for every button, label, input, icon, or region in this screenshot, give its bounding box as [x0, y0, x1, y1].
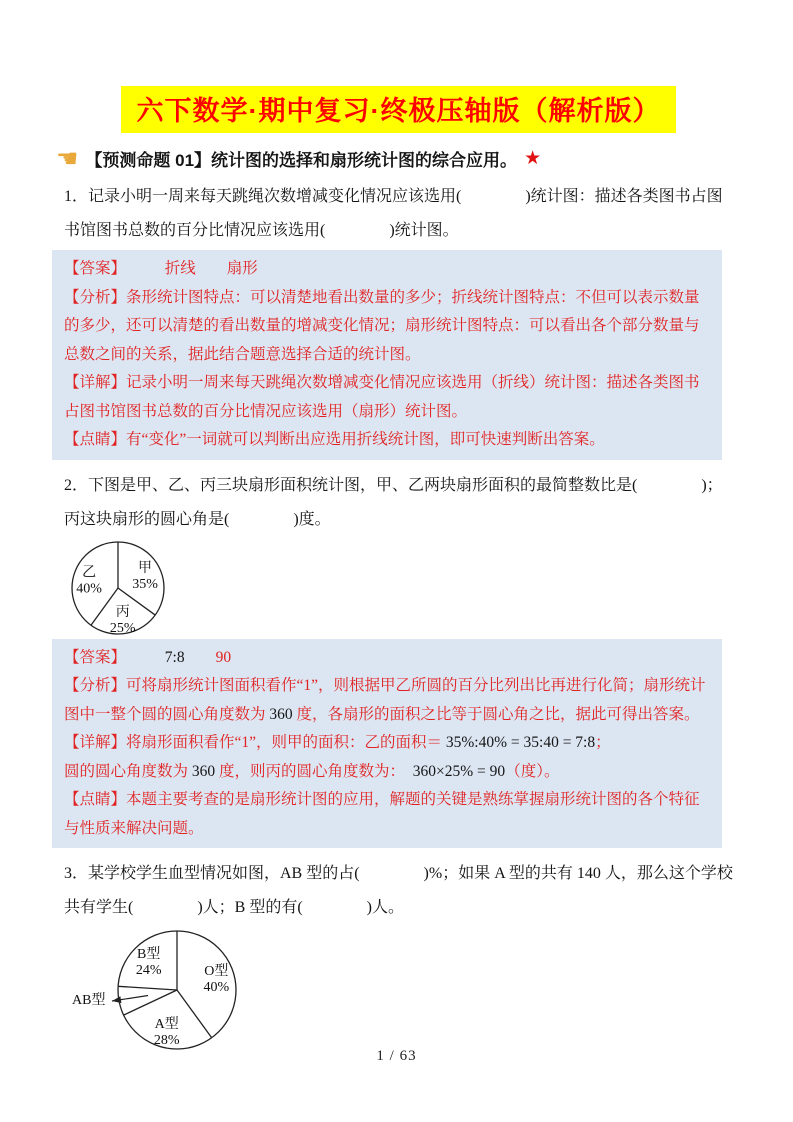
text-segment: 【详解】将扇形面积看作“1”，则甲的面积：乙的面积＝ [64, 734, 446, 751]
tip-paragraph-q1: 【点睛】有“变化”一词就可以判断出应选用折线统计图，即可快速判断出答案。 [64, 426, 710, 455]
text-segment: 【答案】 [64, 649, 126, 666]
svg-text:乙: 乙 [82, 565, 96, 580]
svg-text:AB型: AB型 [72, 991, 105, 1008]
svg-text:A型: A型 [155, 1015, 179, 1032]
svg-text:25%: 25% [110, 620, 136, 635]
text-segment: 35%:40% = 35:40 = 7:8 [446, 734, 595, 751]
section-header: ☚ 【预测命题 01】统计图的选择和扇形统计图的综合应用。 ★ [56, 146, 733, 171]
answer-row-q1: 【答案】 折线 扇形 [64, 255, 710, 284]
text-segment: 7:8 [165, 649, 185, 666]
svg-text:甲: 甲 [138, 560, 152, 576]
svg-text:40%: 40% [203, 980, 229, 995]
svg-text:丙: 丙 [116, 603, 130, 619]
page-footer: 1 / 63 [0, 1048, 793, 1065]
pie-chart-q3-wrapper: O型40%A型28%AB型B型24% [52, 927, 733, 1053]
detail-paragraph-q2: 【详解】将扇形面积看作“1”，则甲的面积：乙的面积＝ 35%:40% = 35:… [64, 729, 710, 786]
question-2-text: 2．下图是甲、乙、丙三块扇形面积统计图，甲、乙两块扇形面积的最简整数比是( )；… [64, 469, 733, 537]
page-indicator: 1 / 63 [376, 1048, 416, 1064]
answer-row-q2: 【答案】 7:8 90 [64, 644, 710, 673]
question-3-text: 3．某学校学生血型情况如图，AB 型的占( )%；如果 A 型的共有 140 人… [64, 857, 733, 925]
svg-text:O型: O型 [204, 962, 228, 979]
title-banner: 六下数学·期中复习·终极压轴版（解析版） [121, 86, 677, 133]
detail-paragraph-q1: 【详解】记录小明一周来每天跳绳次数增减变化情况应该选用（折线）统计图：描述各类图… [64, 369, 710, 426]
text-segment: 度，各扇形的面积之比等于圆心角之比，据此可得出答案。 [293, 706, 700, 723]
tip-paragraph-q2: 【点睛】本题主要考查的是扇形统计图的应用，解题的关键是熟练掌握扇形统计图的各个特… [64, 786, 710, 843]
question-1-text: 1．记录小明一周来每天跳绳次数增减变化情况应该选用( )统计图：描述各类图书占图… [64, 180, 733, 248]
analysis-paragraph-q2: 【分析】可将扇形统计图面积看作“1”，则根据甲乙所圆的百分比列出比再进行化简；扇… [64, 672, 710, 729]
answer-block-q2: 【答案】 7:8 90 【分析】可将扇形统计图面积看作“1”，则根据甲乙所圆的百… [52, 639, 722, 849]
text-segment: 360×25% = 90 [413, 763, 505, 780]
text-segment: 度，则丙的圆心角度数为： [215, 763, 413, 780]
worksheet-page: 六下数学·期中复习·终极压轴版（解析版） ☚ 【预测命题 01】统计图的选择和扇… [0, 86, 793, 1053]
text-segment: 折线 扇形 [126, 260, 258, 277]
svg-text:24%: 24% [136, 963, 162, 978]
text-segment: 圆的圆心角度数为 [64, 763, 192, 780]
svg-text:B型: B型 [137, 945, 160, 962]
star-icon: ★ [524, 149, 541, 168]
pointing-hand-icon: ☚ [56, 146, 78, 171]
text-segment [185, 649, 216, 666]
text-segment [126, 649, 165, 666]
pie-chart-q2: 甲35%丙25%乙40% [58, 539, 233, 637]
svg-text:35%: 35% [132, 577, 158, 592]
pie-chart-q2-wrapper: 甲35%丙25%乙40% [58, 539, 733, 637]
svg-text:28%: 28% [154, 1033, 180, 1048]
text-segment: 【答案】 [64, 260, 126, 277]
section-title: 【预测命题 01】统计图的选择和扇形统计图的综合应用。 [85, 146, 517, 171]
svg-text:40%: 40% [76, 581, 102, 596]
analysis-paragraph-q1: 【分析】条形统计图特点：可以清楚地看出数量的多少；折线统计图特点：不但可以表示数… [64, 284, 710, 370]
answer-block-q1: 【答案】 折线 扇形 【分析】条形统计图特点：可以清楚地看出数量的多少；折线统计… [52, 250, 722, 460]
text-segment: 90 [216, 649, 232, 666]
text-segment: ； [595, 734, 611, 751]
pie-chart-q3: O型40%A型28%AB型B型24% [52, 927, 302, 1053]
text-segment: （度）。 [505, 763, 559, 780]
text-segment: 360 [269, 706, 292, 723]
text-segment: 360 [192, 763, 215, 780]
page-title: 六下数学·期中复习·终极压轴版（解析版） [137, 96, 661, 126]
